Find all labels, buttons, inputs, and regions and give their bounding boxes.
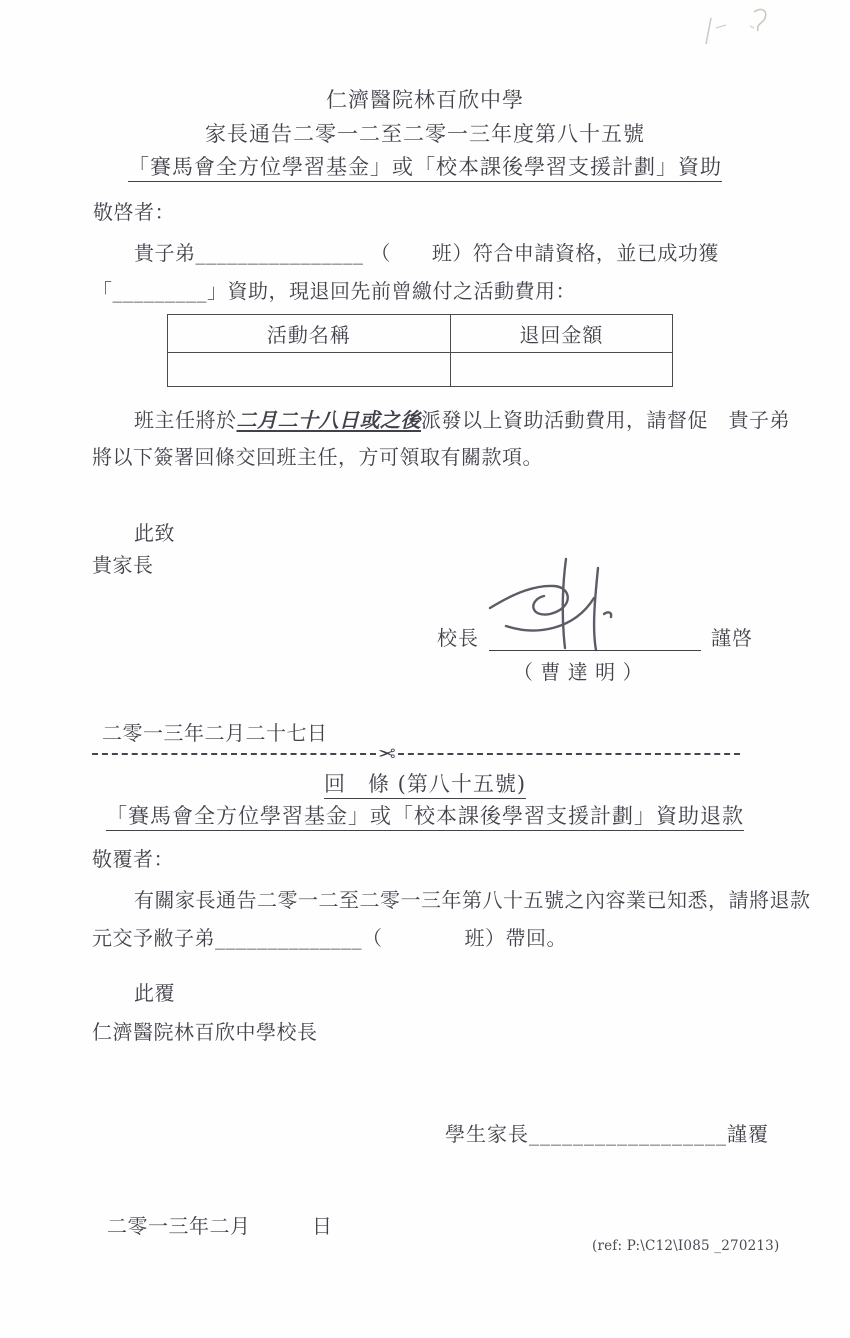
closing-recipient: 貴家長: [92, 549, 154, 578]
reply-date: 二零一三年二月 日: [107, 1210, 333, 1239]
refund-table: 活動名稱 退回金額: [167, 314, 673, 387]
para2-suffix: 派發以上資助活動費用，請督促 貴子弟: [421, 408, 790, 432]
parent-signoff: 謹覆: [727, 1122, 769, 1146]
file-reference: (ref: P:\C12\I085 _270213): [592, 1238, 779, 1254]
school-name: 仁濟醫院林百欣中學: [0, 84, 850, 114]
para2-emphasized-date: 二月二十八日或之後: [237, 408, 422, 432]
scanned-notice-page: 仁濟醫院林百欣中學 家長通告二零一二至二零一三年度第八十五號 「賽馬會全方位學習…: [0, 0, 850, 1338]
notice-para2-line1: 班主任將於二月二十八日或之後派發以上資助活動費用，請督促 貴子弟: [134, 404, 790, 433]
reply-body-line1: 有關家長通告二零一二至二零一三年第八十五號之內容業已知悉，請將退款: [134, 884, 811, 913]
cut-line: ✂: [92, 742, 740, 766]
principal-signature-row: 校長 謹啓: [437, 622, 753, 651]
parent-signature-row: 學生家長__________________謹覆: [445, 1118, 769, 1147]
parent-label: 學生家長: [445, 1122, 529, 1146]
principal-name: （ 曹 達 明 ）: [498, 656, 658, 685]
notice-number: 家長通告二零一二至二零一三年度第八十五號: [0, 118, 850, 148]
refund-table-header-activity: 活動名稱: [168, 315, 451, 353]
closing-salute: 此致: [134, 517, 175, 546]
reply-slip-subject-text: 「賽馬會全方位學習基金」或「校本課後學習支援計劃」資助退款: [106, 804, 744, 831]
parent-signature-blank: __________________: [529, 1122, 727, 1146]
cut-dashed-line-left: [92, 753, 376, 755]
cut-dashed-line-right: [398, 753, 740, 755]
refund-table-data-row: [168, 353, 673, 387]
refund-table-cell-activity: [168, 353, 451, 387]
reply-slip-subject: 「賽馬會全方位學習基金」或「校本課後學習支援計劃」資助退款: [0, 800, 850, 830]
pencil-mark: [680, 2, 810, 52]
reply-slip-title-text: 回 條 (第八十五號): [324, 772, 526, 799]
refund-table-header-amount: 退回金額: [450, 315, 672, 353]
principal-label: 校長: [437, 622, 479, 651]
para2-prefix: 班主任將於: [134, 408, 237, 432]
notice-subject: 「賽馬會全方位學習基金」或「校本課後學習支援計劃」資助: [0, 151, 850, 181]
notice-para1-line2: 「_________」資助，現退回先前曾繳付之活動費用：: [92, 275, 576, 304]
scissors-icon: ✂: [378, 744, 396, 765]
refund-table-header-row: 活動名稱 退回金額: [168, 315, 673, 353]
principal-signature-line: [489, 626, 701, 651]
reply-addressee: 仁濟醫院林百欣中學校長: [92, 1016, 318, 1045]
reply-slip-title: 回 條 (第八十五號): [0, 768, 850, 798]
reply-salutation: 敬覆者：: [92, 843, 174, 872]
principal-signoff: 謹啓: [711, 622, 753, 651]
notice-subject-text: 「賽馬會全方位學習基金」或「校本課後學習支援計劃」資助: [128, 155, 722, 182]
notice-para2-line2: 將以下簽署回條交回班主任，方可領取有關款項。: [92, 441, 543, 470]
reply-body-line2: 元交予敝子弟______________（ 班）帶回。: [92, 922, 567, 951]
refund-table-cell-amount: [450, 353, 672, 387]
notice-salutation: 敬啓者：: [93, 196, 175, 225]
reply-closing-salute: 此覆: [134, 977, 175, 1006]
notice-para1-line1: 貴子弟________________ （ 班）符合申請資格，並已成功獲: [134, 237, 719, 266]
